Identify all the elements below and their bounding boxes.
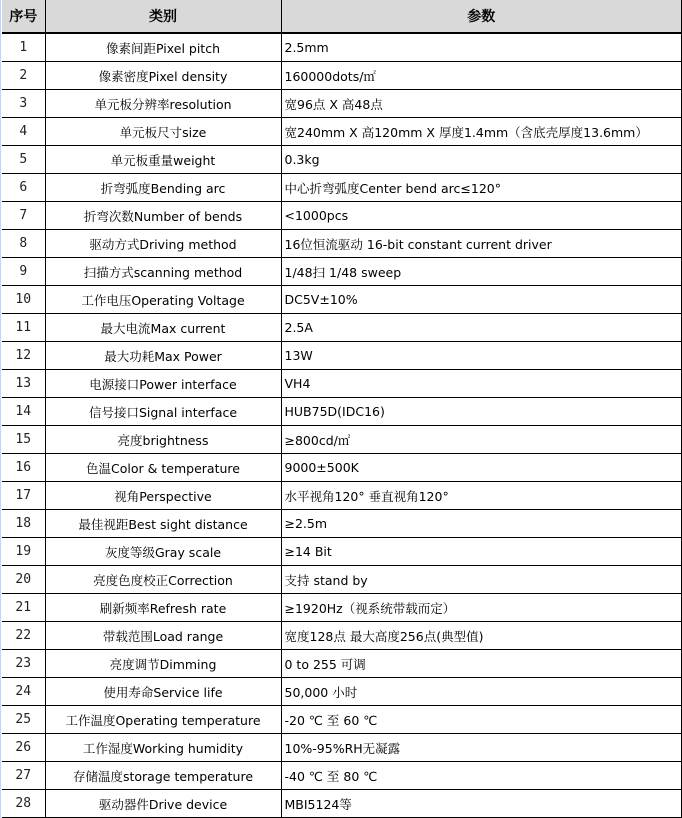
row-value: 10%-95%RH无凝露 (281, 734, 682, 762)
row-value: ≥1920Hz（视系统带载而定） (281, 594, 682, 622)
table-row: 9扫描方式scanning method1/48扫 1/48 sweep (2, 258, 682, 286)
row-category: 折弯弧度Bending arc (45, 174, 281, 202)
table-row: 7折弯次数Number of bends<1000pcs (2, 202, 682, 230)
row-value: 1/48扫 1/48 sweep (281, 258, 682, 286)
row-value: ≥14 Bit (281, 538, 682, 566)
row-index: 11 (2, 314, 45, 342)
row-value: <1000pcs (281, 202, 682, 230)
row-category: 最大电流Max current (45, 314, 281, 342)
row-category: 驱动方式Driving method (45, 230, 281, 258)
spec-sheet: 序号 类别 参数 1像素间距Pixel pitch2.5mm2像素密度Pixel… (0, 0, 682, 818)
table-row: 5单元板重量weight0.3kg (2, 146, 682, 174)
row-index: 8 (2, 230, 45, 258)
row-value: HUB75D(IDC16) (281, 398, 682, 426)
row-index: 26 (2, 734, 45, 762)
row-category: 像素间距Pixel pitch (45, 33, 281, 62)
table-row: 25工作温度Operating temperature-20 ℃ 至 60 ℃ (2, 706, 682, 734)
row-index: 4 (2, 118, 45, 146)
row-index: 12 (2, 342, 45, 370)
row-index: 21 (2, 594, 45, 622)
row-value: DC5V±10% (281, 286, 682, 314)
row-category: 电源接口Power interface (45, 370, 281, 398)
row-category: 像素密度Pixel density (45, 62, 281, 90)
row-value: -20 ℃ 至 60 ℃ (281, 706, 682, 734)
row-index: 23 (2, 650, 45, 678)
row-value: 中心折弯弧度Center bend arc≤120° (281, 174, 682, 202)
row-value: 宽240mm X 高120mm X 厚度1.4mm（含底壳厚度13.6mm） (281, 118, 682, 146)
row-category: 亮度色度校正Correction (45, 566, 281, 594)
row-category: 工作电压Operating Voltage (45, 286, 281, 314)
row-index: 27 (2, 762, 45, 790)
row-category: 亮度调节Dimming (45, 650, 281, 678)
row-value: 0.3kg (281, 146, 682, 174)
row-category: 折弯次数Number of bends (45, 202, 281, 230)
row-index: 10 (2, 286, 45, 314)
header-row: 序号 类别 参数 (2, 0, 682, 33)
table-row: 20亮度色度校正Correction支持 stand by (2, 566, 682, 594)
table-row: 22带载范围Load range宽度128点 最大高度256点(典型值) (2, 622, 682, 650)
row-category: 存储温度storage temperature (45, 762, 281, 790)
table-row: 21刷新频率Refresh rate≥1920Hz（视系统带载而定） (2, 594, 682, 622)
row-category: 扫描方式scanning method (45, 258, 281, 286)
table-row: 17视角Perspective水平视角120° 垂直视角120° (2, 482, 682, 510)
row-value: 9000±500K (281, 454, 682, 482)
table-row: 23亮度调节Dimming0 to 255 可调 (2, 650, 682, 678)
table-row: 28驱动器件Drive deviceMBI5124等 (2, 790, 682, 818)
row-category: 亮度brightness (45, 426, 281, 454)
row-index: 17 (2, 482, 45, 510)
row-index: 7 (2, 202, 45, 230)
row-value: 宽度128点 最大高度256点(典型值) (281, 622, 682, 650)
row-value: 16位恒流驱动 16-bit constant current driver (281, 230, 682, 258)
table-row: 16色温Color & temperature9000±500K (2, 454, 682, 482)
header-category: 类别 (45, 0, 281, 33)
row-index: 15 (2, 426, 45, 454)
header-params: 参数 (281, 0, 682, 33)
row-value: 宽96点 X 高48点 (281, 90, 682, 118)
row-category: 使用寿命Service life (45, 678, 281, 706)
row-index: 18 (2, 510, 45, 538)
table-body: 1像素间距Pixel pitch2.5mm2像素密度Pixel density1… (2, 33, 682, 818)
row-category: 工作温度Operating temperature (45, 706, 281, 734)
table-row: 6折弯弧度Bending arc中心折弯弧度Center bend arc≤12… (2, 174, 682, 202)
table-row: 18最佳视距Best sight distance≥2.5m (2, 510, 682, 538)
table-row: 11最大电流Max current2.5A (2, 314, 682, 342)
spec-table: 序号 类别 参数 1像素间距Pixel pitch2.5mm2像素密度Pixel… (2, 0, 682, 818)
table-row: 24使用寿命Service life50,000 小时 (2, 678, 682, 706)
row-value: -40 ℃ 至 80 ℃ (281, 762, 682, 790)
table-row: 15亮度brightness≥800cd/㎡ (2, 426, 682, 454)
row-category: 刷新频率Refresh rate (45, 594, 281, 622)
row-category: 单元板分辨率resolution (45, 90, 281, 118)
row-value: 2.5A (281, 314, 682, 342)
row-category: 最佳视距Best sight distance (45, 510, 281, 538)
row-index: 13 (2, 370, 45, 398)
table-row: 1像素间距Pixel pitch2.5mm (2, 33, 682, 62)
row-value: ≥2.5m (281, 510, 682, 538)
row-index: 28 (2, 790, 45, 818)
row-value: 支持 stand by (281, 566, 682, 594)
row-index: 16 (2, 454, 45, 482)
row-index: 5 (2, 146, 45, 174)
row-index: 24 (2, 678, 45, 706)
row-category: 单元板尺寸size (45, 118, 281, 146)
table-row: 26工作湿度Working humidity10%-95%RH无凝露 (2, 734, 682, 762)
row-category: 工作湿度Working humidity (45, 734, 281, 762)
row-index: 25 (2, 706, 45, 734)
table-row: 14信号接口Signal interfaceHUB75D(IDC16) (2, 398, 682, 426)
table-row: 4单元板尺寸size宽240mm X 高120mm X 厚度1.4mm（含底壳厚… (2, 118, 682, 146)
row-value: MBI5124等 (281, 790, 682, 818)
table-row: 10工作电压Operating VoltageDC5V±10% (2, 286, 682, 314)
row-value: 水平视角120° 垂直视角120° (281, 482, 682, 510)
row-index: 19 (2, 538, 45, 566)
row-category: 视角Perspective (45, 482, 281, 510)
row-value: 13W (281, 342, 682, 370)
row-value: 50,000 小时 (281, 678, 682, 706)
table-row: 3单元板分辨率resolution宽96点 X 高48点 (2, 90, 682, 118)
row-index: 9 (2, 258, 45, 286)
row-value: 0 to 255 可调 (281, 650, 682, 678)
row-category: 带载范围Load range (45, 622, 281, 650)
row-value: 2.5mm (281, 33, 682, 62)
row-category: 最大功耗Max Power (45, 342, 281, 370)
table-row: 12最大功耗Max Power13W (2, 342, 682, 370)
row-index: 22 (2, 622, 45, 650)
row-index: 6 (2, 174, 45, 202)
row-index: 14 (2, 398, 45, 426)
row-index: 3 (2, 90, 45, 118)
table-row: 13电源接口Power interfaceVH4 (2, 370, 682, 398)
row-category: 驱动器件Drive device (45, 790, 281, 818)
row-value: 160000dots/㎡ (281, 62, 682, 90)
table-row: 19灰度等级Gray scale≥14 Bit (2, 538, 682, 566)
row-category: 信号接口Signal interface (45, 398, 281, 426)
row-value: VH4 (281, 370, 682, 398)
row-category: 色温Color & temperature (45, 454, 281, 482)
table-row: 27存储温度storage temperature-40 ℃ 至 80 ℃ (2, 762, 682, 790)
row-index: 2 (2, 62, 45, 90)
header-index: 序号 (2, 0, 45, 33)
row-index: 20 (2, 566, 45, 594)
row-value: ≥800cd/㎡ (281, 426, 682, 454)
row-index: 1 (2, 33, 45, 62)
table-row: 8驱动方式Driving method16位恒流驱动 16-bit consta… (2, 230, 682, 258)
table-row: 2像素密度Pixel density160000dots/㎡ (2, 62, 682, 90)
row-category: 灰度等级Gray scale (45, 538, 281, 566)
row-category: 单元板重量weight (45, 146, 281, 174)
